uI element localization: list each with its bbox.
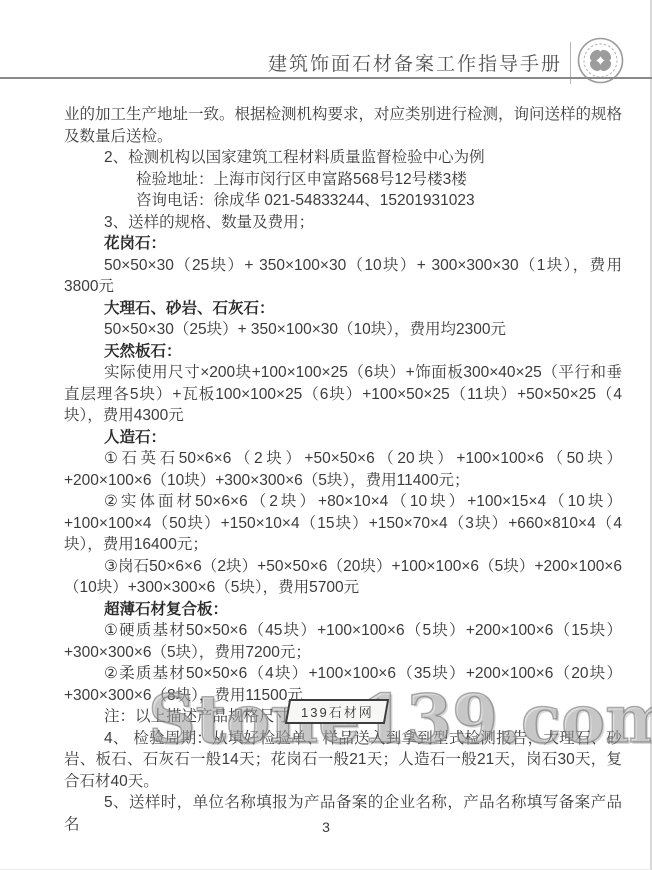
header-title: 建筑饰面石材备案工作指导手册 (0, 49, 562, 76)
paragraph: 业的加工生产地址一致。根据检测机构要求，对应类别进行检测，询问送样的规格及数量后… (64, 104, 622, 147)
paragraph: 50×50×30（25块）+ 350×100×30（10块），费用均2300元 (64, 319, 622, 341)
document-body: 业的加工生产地址一致。根据检测机构要求，对应类别进行检测，询问送样的规格及数量后… (64, 104, 622, 835)
section-heading: 大理石、砂岩、石灰石： (64, 298, 622, 320)
page-number: 3 (0, 819, 652, 835)
watermark-badge-label: 139石材网 (301, 702, 374, 721)
paragraph: 2、检测机构以国家建筑工程材料质量监督检验中心为例 (64, 147, 622, 169)
paragraph: 检验地址：上海市闵行区申富路568号12号楼3楼 (64, 169, 622, 191)
paragraph: 4、 检验周期：从填好检验单、样品送入到拿到型式检测报告，大理石、砂岩、板石、石… (64, 728, 622, 793)
paragraph: 50×50×30（25块）+ 350×100×30（10块）+ 300×300×… (64, 255, 622, 298)
header-rule (0, 77, 652, 79)
paragraph: ①石英石50×6×6（2块）+50×50×6（20块）+100×100×6（50… (64, 448, 622, 491)
paragraph: ③岗石50×6×6（2块）+50×50×6（20块）+100×100×6（5块）… (64, 556, 622, 599)
paragraph: 3、送样的规格、数量及费用； (64, 212, 622, 234)
section-heading: 花岗石： (64, 233, 622, 255)
paragraph: 咨询电话：徐成华 021-54833244、15201931023 (64, 190, 622, 212)
section-heading: 超薄石材复合板： (64, 599, 622, 621)
document-page: 建筑饰面石材备案工作指导手册 业的加工生产地址一致。根据检测机构要求，对应类别进… (0, 0, 652, 870)
paragraph: 实际使用尺寸×200块+100×100×25（6块）+饰面板300×40×25（… (64, 362, 622, 427)
watermark-badge: 139石材网 (285, 699, 389, 724)
paragraph: ①硬质基材50×50×6（45块）+100×100×6（5块）+200×100×… (64, 620, 622, 663)
paragraph: ②实体面材50×6×6（2块）+80×10×4（10块）+100×15×4（10… (64, 491, 622, 556)
section-heading: 天然板石： (64, 341, 622, 363)
section-heading: 人造石： (64, 427, 622, 449)
